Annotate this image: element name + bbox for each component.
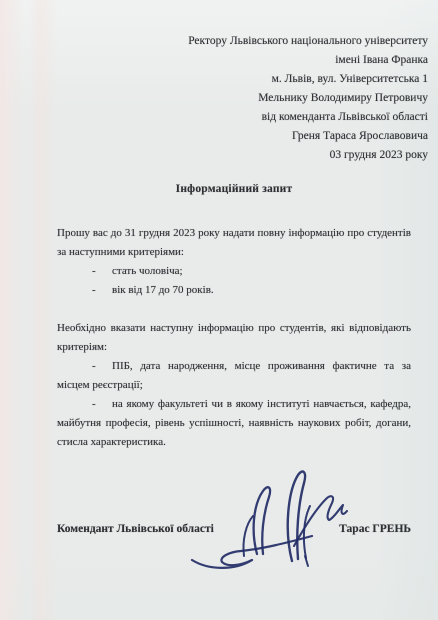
- criteria-item-text: стать чоловіча;: [112, 265, 183, 277]
- letter-title: Інформаційний запит: [57, 180, 411, 199]
- scanned-letter-page: Ректору Львівського національного універ…: [0, 0, 438, 620]
- dash-marker: -: [57, 281, 112, 300]
- request-paragraph-text: Прошу вас до 31 грудня 2023 року надати …: [57, 227, 411, 258]
- criteria-item-text: вік від 17 до 70 років.: [112, 284, 214, 296]
- recipient-line: імені Івана Франка: [57, 51, 428, 70]
- sender-line: від коменданта Львівської області: [57, 108, 428, 127]
- dash-marker: -: [57, 395, 112, 414]
- date-line: 03 грудня 2023 року: [57, 146, 428, 165]
- request-paragraph: Прошу вас до 31 грудня 2023 року надати …: [57, 224, 411, 262]
- letter-content: Ректору Львівського національного універ…: [57, 32, 411, 452]
- dash-marker: -: [57, 357, 112, 376]
- handwritten-signature: [188, 466, 350, 578]
- recipient-line: Ректору Львівського національного універ…: [57, 32, 428, 51]
- details-item: -на якому факультеті чи в якому інститут…: [57, 395, 411, 452]
- details-item: -ПІБ, дата народження, місце проживання …: [57, 357, 411, 395]
- dash-marker: -: [57, 262, 112, 281]
- criteria-item: -стать чоловіча;: [57, 262, 411, 281]
- recipient-address-line: м. Львів, вул. Університетська 1: [57, 70, 428, 89]
- details-paragraph-text: Необхідно вказати наступну інформацію пр…: [57, 322, 411, 353]
- criteria-item: -вік від 17 до 70 років.: [57, 281, 411, 300]
- details-paragraph: Необхідно вказати наступну інформацію пр…: [57, 319, 411, 357]
- sender-name-line: Греня Тараса Ярославовича: [57, 127, 428, 146]
- letter-header: Ректору Львівського національного універ…: [57, 32, 428, 165]
- recipient-name-line: Мельнику Володимиру Петровичу: [57, 89, 428, 108]
